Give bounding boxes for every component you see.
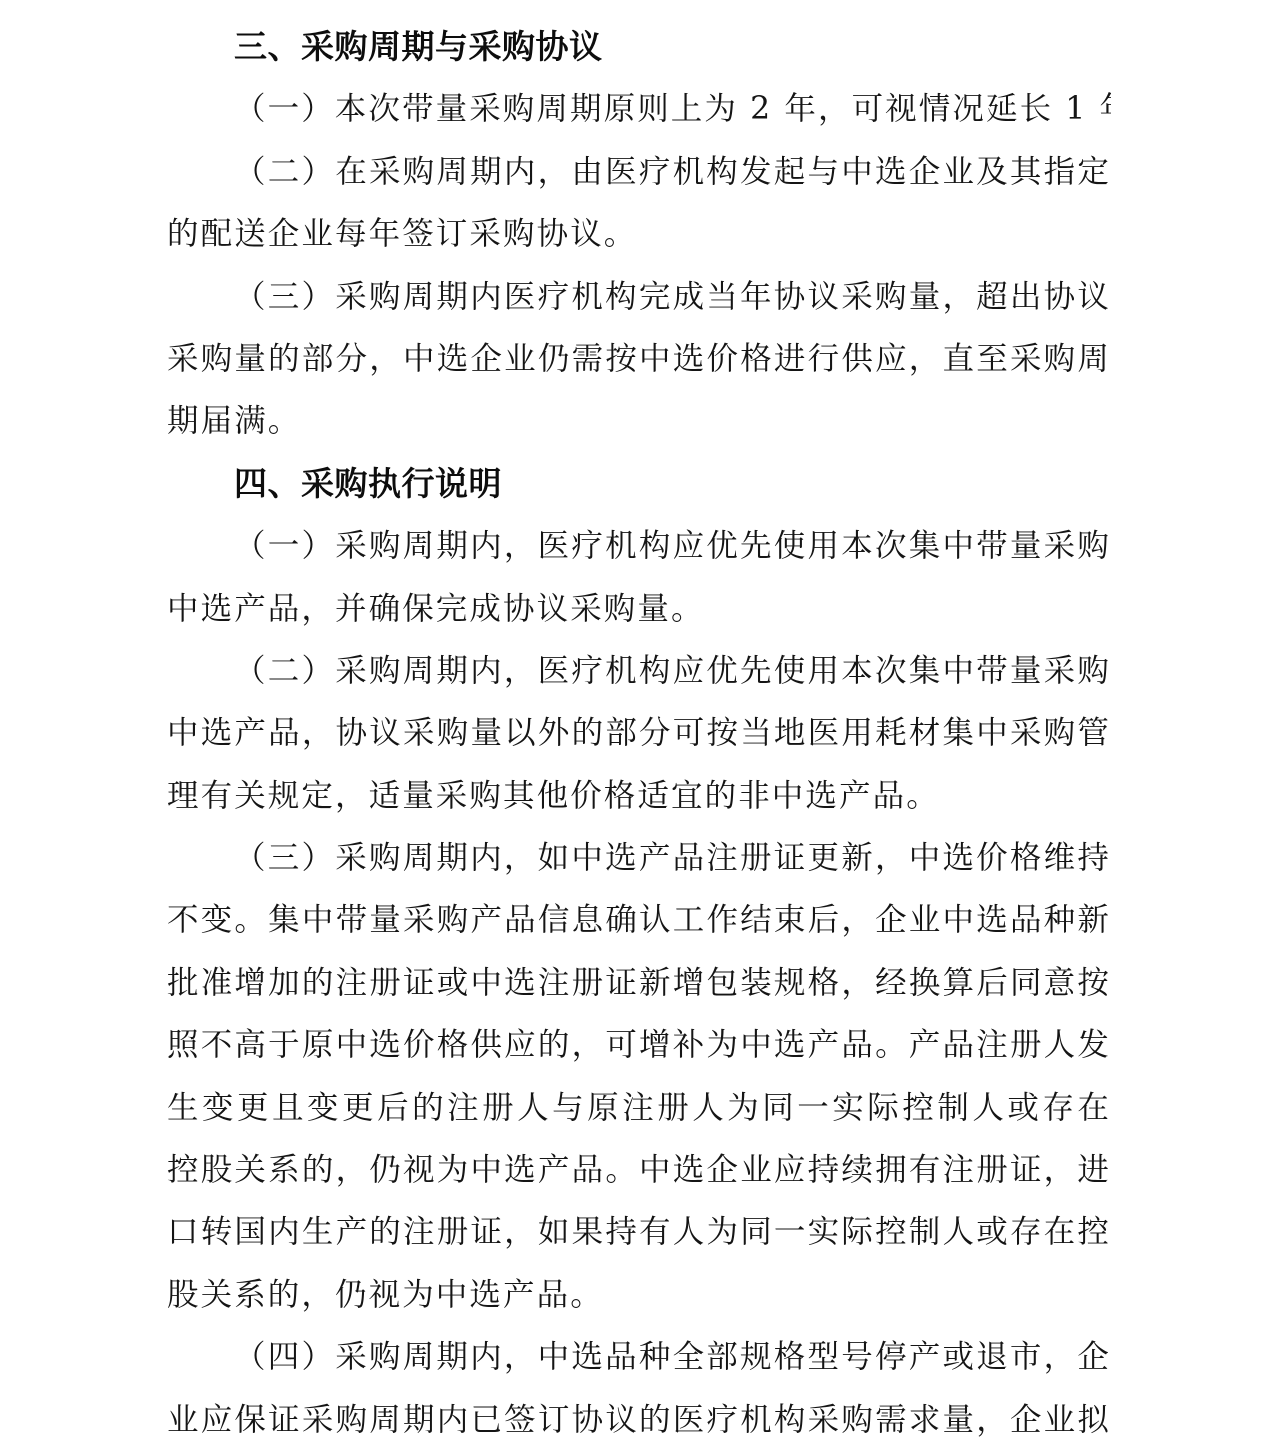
paragraph-line: 批准增加的注册证或中选注册证新增包装规格，经换算后同意按 <box>167 952 1111 1014</box>
paragraph-3-1: （一）本次带量采购周期原则上为 2 年，可视情况延长 1 年。 <box>167 78 1111 140</box>
paragraph-3-2: （二）在采购周期内，由医疗机构发起与中选企业及其指定 的配送企业每年签订采购协议… <box>167 141 1111 266</box>
paragraph-line: （三）采购周期内，如中选产品注册证更新，中选价格维持 <box>167 827 1111 889</box>
paragraph-line: （二）采购周期内，医疗机构应优先使用本次集中带量采购 <box>167 640 1111 702</box>
paragraph-line: （一）本次带量采购周期原则上为 2 年，可视情况延长 1 年。 <box>167 78 1111 140</box>
paragraph-4-1: （一）采购周期内，医疗机构应优先使用本次集中带量采购 中选产品，并确保完成协议采… <box>167 515 1111 640</box>
paragraph-line: 控股关系的，仍视为中选产品。中选企业应持续拥有注册证，进 <box>167 1139 1111 1201</box>
paragraph-line: 口转国内生产的注册证，如果持有人为同一实际控制人或存在控 <box>167 1201 1111 1263</box>
paragraph-4-3: （三）采购周期内，如中选产品注册证更新，中选价格维持 不变。集中带量采购产品信息… <box>167 827 1111 1326</box>
paragraph-line: 理有关规定，适量采购其他价格适宜的非中选产品。 <box>167 765 1111 827</box>
section-heading-execution-notes: 四、采购执行说明 <box>167 453 1111 515</box>
paragraph-line: （三）采购周期内医疗机构完成当年协议采购量，超出协议 <box>167 266 1111 328</box>
paragraph-line: 的配送企业每年签订采购协议。 <box>167 203 1111 265</box>
paragraph-line: （一）采购周期内，医疗机构应优先使用本次集中带量采购 <box>167 515 1111 577</box>
paragraph-line: 照不高于原中选价格供应的，可增补为中选产品。产品注册人发 <box>167 1014 1111 1076</box>
paragraph-3-3: （三）采购周期内医疗机构完成当年协议采购量，超出协议 采购量的部分，中选企业仍需… <box>167 266 1111 453</box>
document-page: 三、采购周期与采购协议 （一）本次带量采购周期原则上为 2 年，可视情况延长 1… <box>167 16 1111 1446</box>
paragraph-line: 中选产品，并确保完成协议采购量。 <box>167 578 1111 640</box>
section-heading-procurement-cycle: 三、采购周期与采购协议 <box>167 16 1111 78</box>
paragraph-line: 不变。集中带量采购产品信息确认工作结束后，企业中选品种新 <box>167 889 1111 951</box>
paragraph-line: 生变更且变更后的注册人与原注册人为同一实际控制人或存在 <box>167 1077 1111 1139</box>
paragraph-line: 股关系的，仍视为中选产品。 <box>167 1264 1111 1326</box>
paragraph-line: （二）在采购周期内，由医疗机构发起与中选企业及其指定 <box>167 141 1111 203</box>
paragraph-line: 期届满。 <box>167 390 1111 452</box>
paragraph-line: 采购量的部分，中选企业仍需按中选价格进行供应，直至采购周 <box>167 328 1111 390</box>
paragraph-4-2: （二）采购周期内，医疗机构应优先使用本次集中带量采购 中选产品，协议采购量以外的… <box>167 640 1111 827</box>
paragraph-line: 业应保证采购周期内已签订协议的医疗机构采购需求量，企业拟 <box>167 1389 1111 1446</box>
paragraph-line: （四）采购周期内，中选品种全部规格型号停产或退市，企 <box>167 1326 1111 1388</box>
paragraph-line: 中选产品，协议采购量以外的部分可按当地医用耗材集中采购管 <box>167 702 1111 764</box>
paragraph-4-4: （四）采购周期内，中选品种全部规格型号停产或退市，企 业应保证采购周期内已签订协… <box>167 1326 1111 1446</box>
